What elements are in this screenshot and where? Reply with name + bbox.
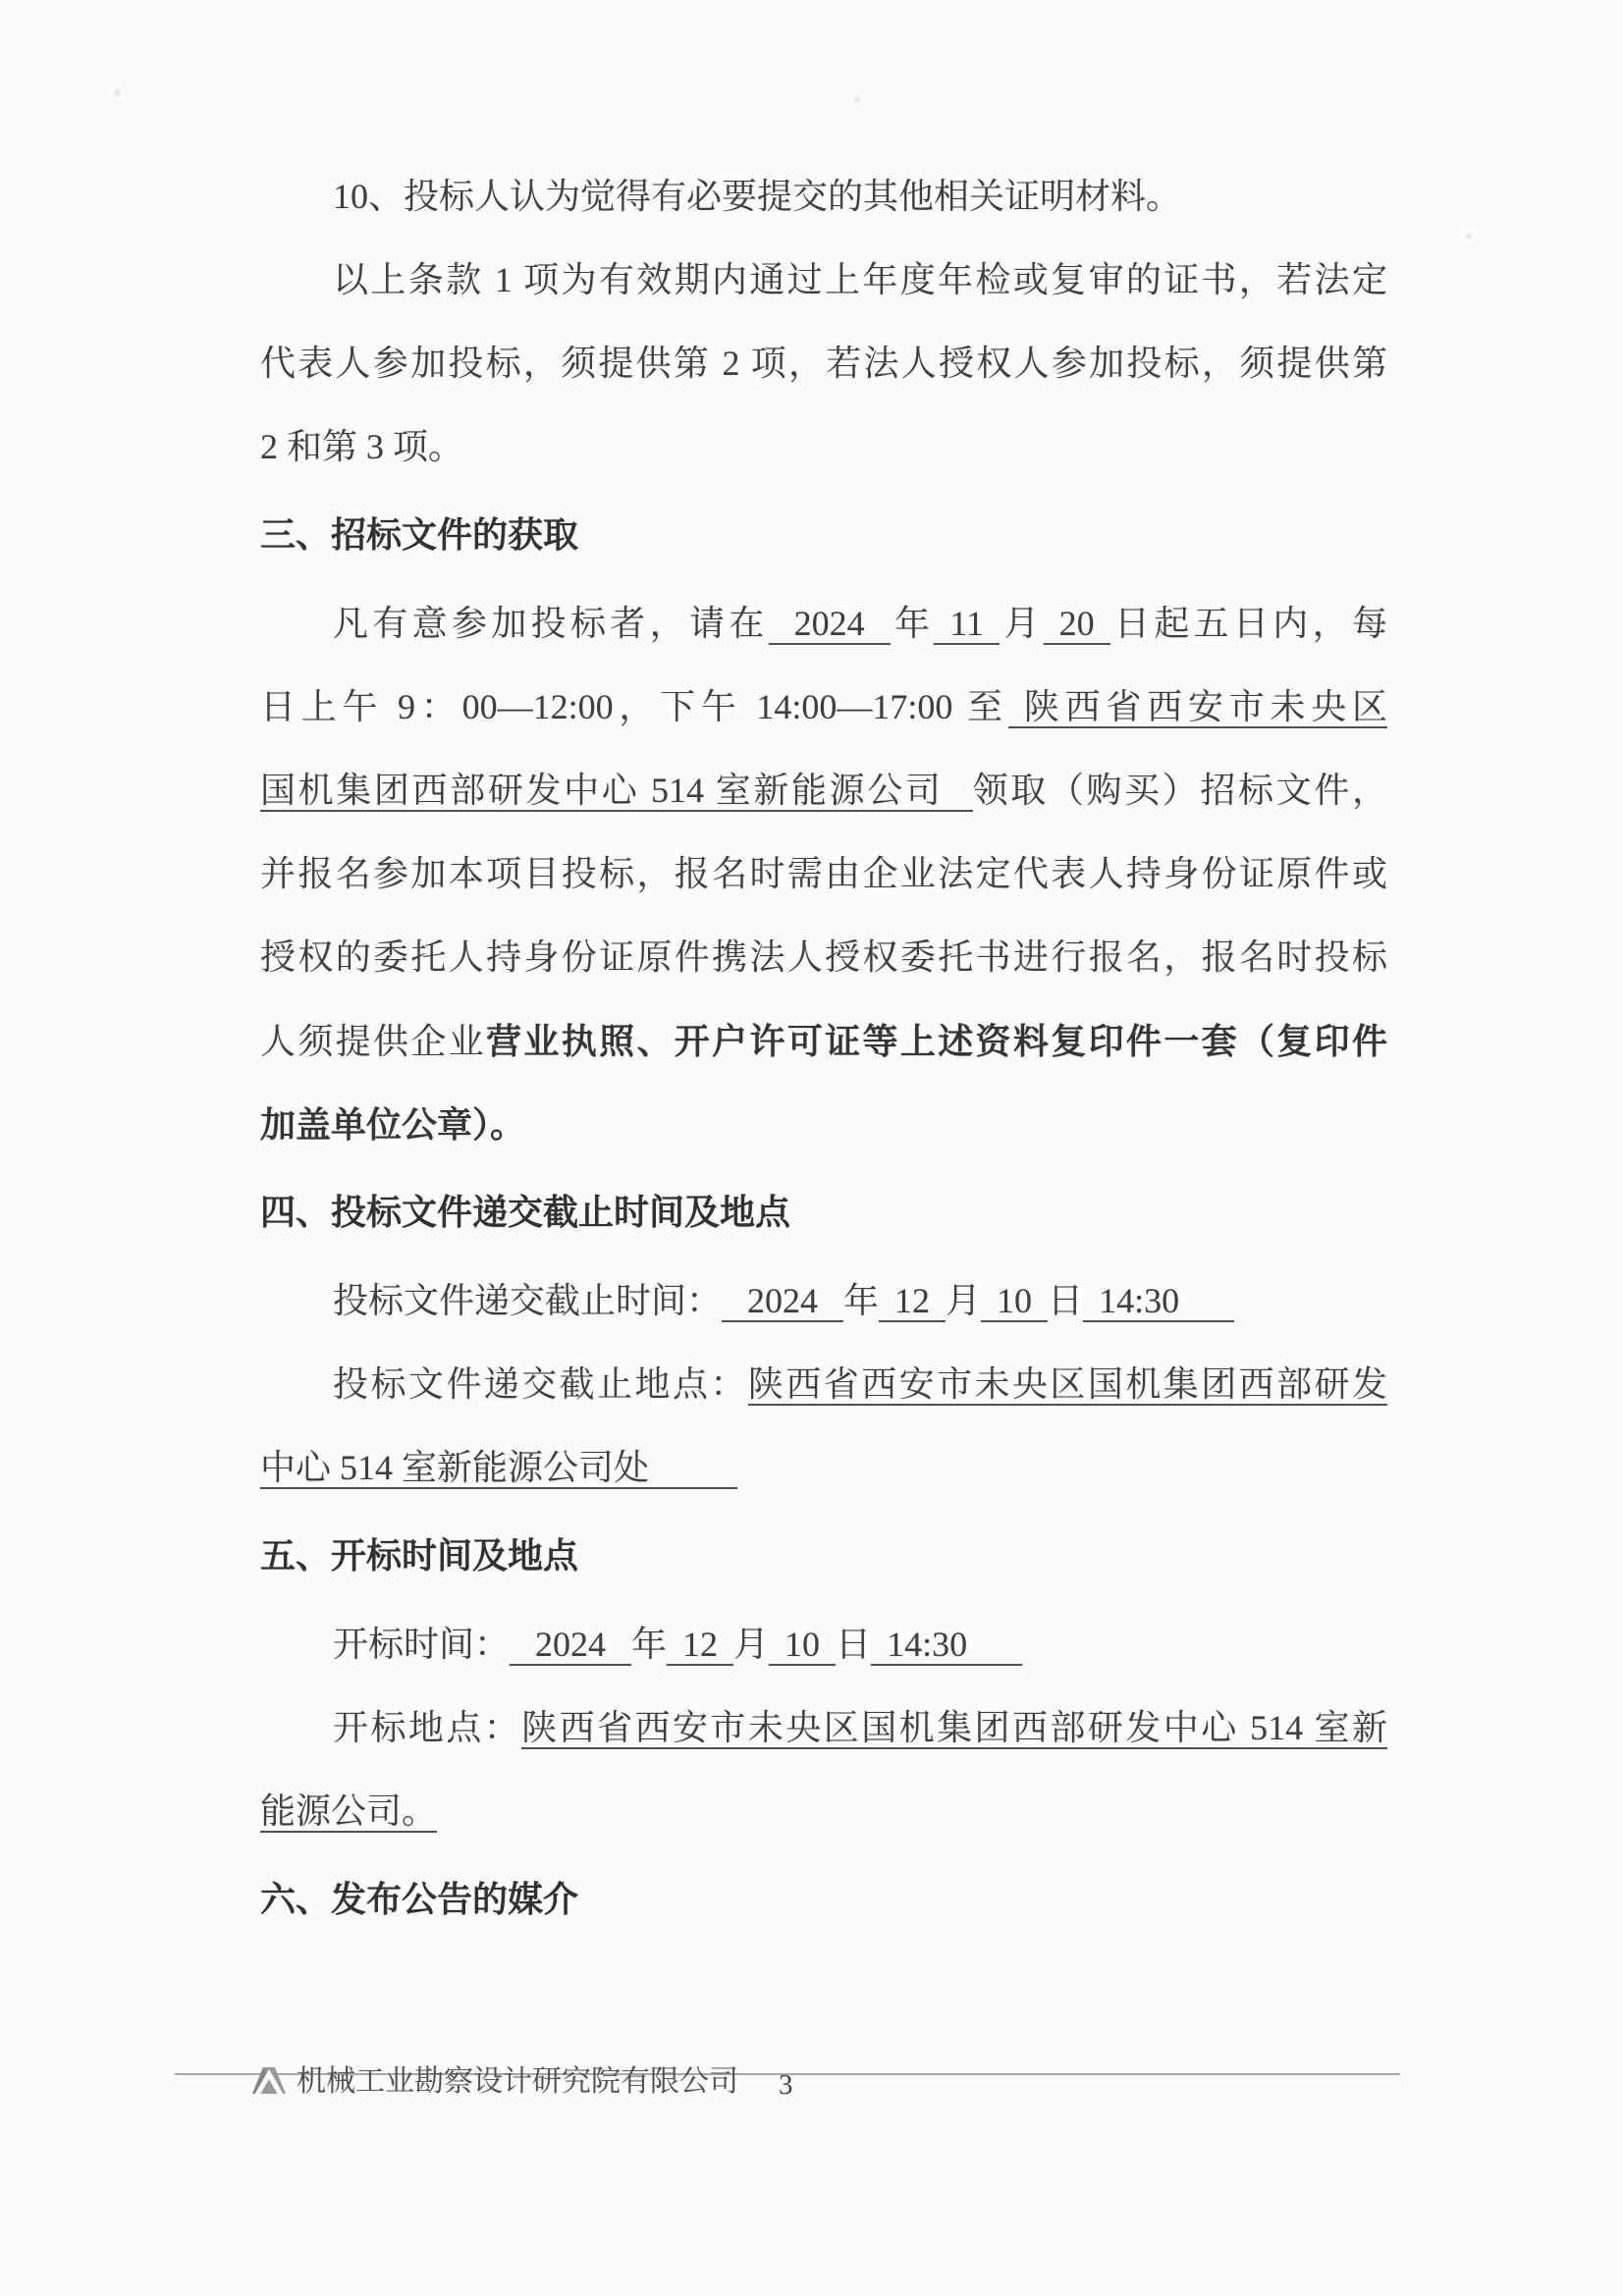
section3-line-5: 授权的委托人持身份证原件携法人授权委托书进行报名，报名时投标 bbox=[260, 916, 1387, 999]
paragraph-clause-note-line-1: 以上条款 1 项为有效期内通过上年度年检或复审的证书，若法定 bbox=[260, 239, 1387, 322]
unit-day: 日 bbox=[1048, 1281, 1083, 1320]
heading-text: 三、招标文件的获取 bbox=[260, 514, 578, 555]
unit-year: 年 bbox=[891, 604, 935, 643]
document-page: 10、投标人认为觉得有必要提交的其他相关证明材料。 以上条款 1 项为有效期内通… bbox=[0, 0, 1623, 2296]
obtain-address-blank-part1: 陕西省西安市未央区 bbox=[1008, 687, 1387, 728]
unit-year: 年 bbox=[843, 1281, 879, 1320]
unit-year: 年 bbox=[631, 1625, 667, 1664]
paragraph-item-10: 10、投标人认为觉得有必要提交的其他相关证明材料。 bbox=[260, 155, 1387, 239]
section4-place-line-1: 投标文件递交截止地点：陕西省西安市未央区国机集团西部研发 bbox=[260, 1343, 1387, 1426]
section5-open-place-line-1: 开标地点：陕西省西安市未央区国机集团西部研发中心 514 室新 bbox=[260, 1686, 1387, 1770]
deadline-month-blank: 12 bbox=[879, 1281, 946, 1322]
field-label: 开标时间： bbox=[333, 1625, 510, 1664]
field-label: 开标地点： bbox=[333, 1708, 521, 1747]
paragraph-text: 凡有意参加投标者，请在 bbox=[333, 604, 769, 643]
unit-day: 日 bbox=[836, 1625, 871, 1664]
paragraph-text-bold: 加盖单位公章）。 bbox=[260, 1104, 525, 1145]
heading-text: 五、开标时间及地点 bbox=[260, 1535, 578, 1575]
section-heading-4: 四、投标文件递交截止时间及地点 bbox=[260, 1170, 1387, 1254]
field-label: 投标文件递交截止时间： bbox=[333, 1281, 722, 1320]
section3-line-3: 国机集团西部研发中心 514 室新能源公司领取（购买）招标文件， bbox=[260, 749, 1387, 832]
paragraph-text: 2 和第 3 项。 bbox=[260, 427, 463, 466]
deadline-time-blank: 14:30 bbox=[1083, 1281, 1234, 1322]
scan-speck bbox=[114, 88, 121, 97]
deadline-day-blank: 10 bbox=[981, 1281, 1048, 1322]
obtain-address-blank-part2: 国机集团西部研发中心 514 室新能源公司 bbox=[260, 771, 973, 812]
heading-text: 四、投标文件递交截止时间及地点 bbox=[260, 1192, 790, 1232]
paragraph-text: 授权的委托人持身份证原件携法人授权委托书进行报名，报名时投标 bbox=[260, 937, 1387, 977]
section-heading-3: 三、招标文件的获取 bbox=[260, 493, 1387, 576]
section3-line-2: 日上午 9：00—12:00，下午 14:00—17:00 至陕西省西安市未央区 bbox=[260, 666, 1387, 749]
footer-page-number: 3 bbox=[779, 2069, 793, 2102]
unit-month: 月 bbox=[1000, 604, 1044, 643]
paragraph-text-bold: 营业执照、开户许可证等上述资料复印件一套（复印件 bbox=[486, 1021, 1387, 1061]
section4-place-line-2: 中心 514 室新能源公司处 bbox=[260, 1426, 1387, 1510]
open-time-blank: 14:30 bbox=[871, 1625, 1022, 1666]
section-heading-5: 五、开标时间及地点 bbox=[260, 1514, 1387, 1597]
obtain-month-blank: 11 bbox=[934, 604, 1000, 645]
section5-open-time-line: 开标时间：2024年12月10日14:30 bbox=[260, 1603, 1387, 1686]
section3-line-6: 人须提供企业营业执照、开户许可证等上述资料复印件一套（复印件 bbox=[260, 999, 1387, 1083]
paragraph-text: 日上午 9：00—12:00，下午 14:00—17:00 至 bbox=[260, 687, 1008, 726]
open-place-blank-part2: 能源公司。 bbox=[260, 1791, 437, 1833]
paragraph-clause-note-line-3: 2 和第 3 项。 bbox=[260, 405, 1387, 489]
document-body: 10、投标人认为觉得有必要提交的其他相关证明材料。 以上条款 1 项为有效期内通… bbox=[260, 155, 1387, 1947]
paragraph-text: 人须提供企业 bbox=[260, 1022, 486, 1061]
obtain-day-blank: 20 bbox=[1044, 604, 1110, 645]
obtain-year-blank: 2024 bbox=[769, 604, 891, 645]
section3-line-4: 并报名参加本项目投标，报名时需由企业法定代表人持身份证原件或 bbox=[260, 832, 1387, 916]
paragraph-text: 日起五日内，每 bbox=[1110, 604, 1387, 643]
paragraph-text: 代表人参加投标，须提供第 2 项，若法人授权人参加投标，须提供第 bbox=[260, 344, 1387, 383]
section-heading-6: 六、发布公告的媒介 bbox=[260, 1857, 1387, 1941]
section4-deadline-line: 投标文件递交截止时间：2024年12月10日14:30 bbox=[260, 1259, 1387, 1343]
section3-line-1: 凡有意参加投标者，请在2024年11月20日起五日内，每 bbox=[260, 582, 1387, 666]
open-month-blank: 12 bbox=[667, 1625, 733, 1666]
open-place-blank-part1: 陕西省西安市未央区国机集团西部研发中心 514 室新 bbox=[521, 1708, 1387, 1749]
company-mountain-logo-icon bbox=[251, 2064, 287, 2096]
unit-month: 月 bbox=[946, 1281, 981, 1320]
paragraph-text: 10、投标人认为觉得有必要提交的其他相关证明材料。 bbox=[333, 177, 1181, 216]
paragraph-text: 以上条款 1 项为有效期内通过上年度年检或复审的证书，若法定 bbox=[333, 260, 1387, 299]
heading-text: 六、发布公告的媒介 bbox=[260, 1879, 578, 1919]
open-day-blank: 10 bbox=[769, 1625, 836, 1666]
deadline-place-blank-part1: 陕西省西安市未央区国机集团西部研发 bbox=[748, 1364, 1387, 1406]
paragraph-text: 领取（购买）招标文件， bbox=[973, 771, 1387, 810]
footer-company-name: 机械工业勘察设计研究院有限公司 bbox=[297, 2065, 738, 2099]
open-year-blank: 2024 bbox=[510, 1625, 631, 1666]
scan-speck bbox=[1466, 234, 1472, 240]
section5-open-place-line-2: 能源公司。 bbox=[260, 1770, 1387, 1853]
unit-month: 月 bbox=[733, 1625, 769, 1664]
deadline-year-blank: 2024 bbox=[722, 1281, 843, 1322]
deadline-place-blank-part2: 中心 514 室新能源公司处 bbox=[260, 1448, 737, 1489]
field-label: 投标文件递交截止地点： bbox=[333, 1364, 748, 1404]
paragraph-text: 并报名参加本项目投标，报名时需由企业法定代表人持身份证原件或 bbox=[260, 854, 1387, 893]
paragraph-clause-note-line-2: 代表人参加投标，须提供第 2 项，若法人授权人参加投标，须提供第 bbox=[260, 322, 1387, 405]
section3-line-7: 加盖单位公章）。 bbox=[260, 1083, 1387, 1166]
scan-speck bbox=[854, 96, 860, 103]
